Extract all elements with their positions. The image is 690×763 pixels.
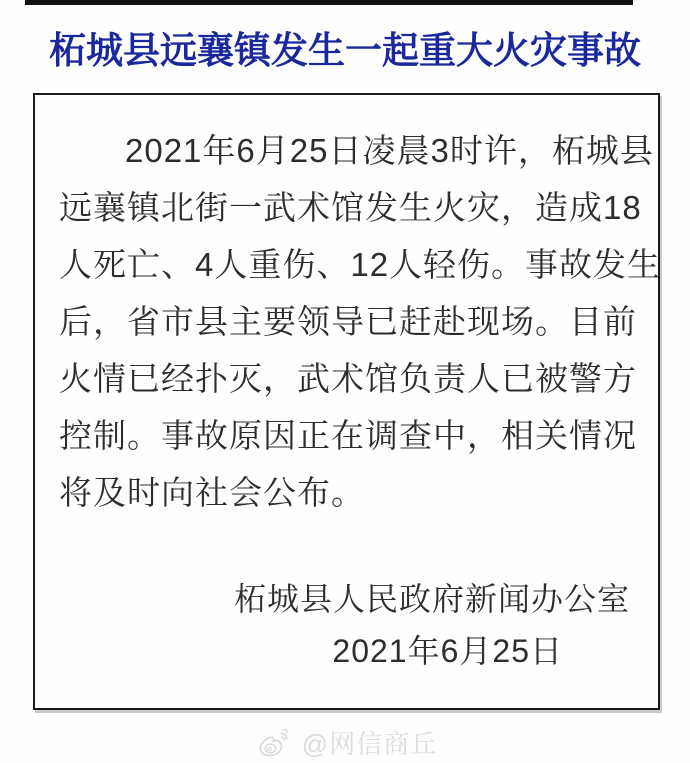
signature-organization: 柘城县人民政府新闻办公室 — [35, 573, 658, 625]
watermark: @网信商丘 — [0, 722, 690, 763]
body-line: 远襄镇北街一武术馆发生火灾，造成18 — [59, 179, 638, 236]
watermark-handle: @网信商丘 — [302, 724, 437, 761]
signature-date: 2021年6月25日 — [35, 625, 658, 677]
body-line: 控制。事故原因正在调查中，相关情况 — [59, 407, 638, 464]
announcement-box: 2021年6月25日凌晨3时许，柘城县 远襄镇北街一武术馆发生火灾，造成18 人… — [33, 93, 660, 710]
weibo-logo-icon — [253, 725, 295, 761]
body-line: 火情已经扑灭，武术馆负责人已被警方 — [59, 350, 638, 407]
page-title: 柘城县远襄镇发生一起重大火灾事故 — [0, 20, 690, 74]
announcement-body: 2021年6月25日凌晨3时许，柘城县 远襄镇北街一武术馆发生火灾，造成18 人… — [35, 95, 658, 521]
announcement-page: 柘城县远襄镇发生一起重大火灾事故 2021年6月25日凌晨3时许，柘城县 远襄镇… — [0, 0, 690, 763]
body-line: 人死亡、4人重伤、12人轻伤。事故发生 — [59, 236, 638, 293]
body-line: 后，省市县主要领导已赶赴现场。目前 — [59, 293, 638, 350]
body-line: 2021年6月25日凌晨3时许，柘城县 — [59, 122, 638, 179]
top-edge-bar — [25, 0, 633, 5]
body-line: 将及时向社会公布。 — [59, 464, 638, 521]
